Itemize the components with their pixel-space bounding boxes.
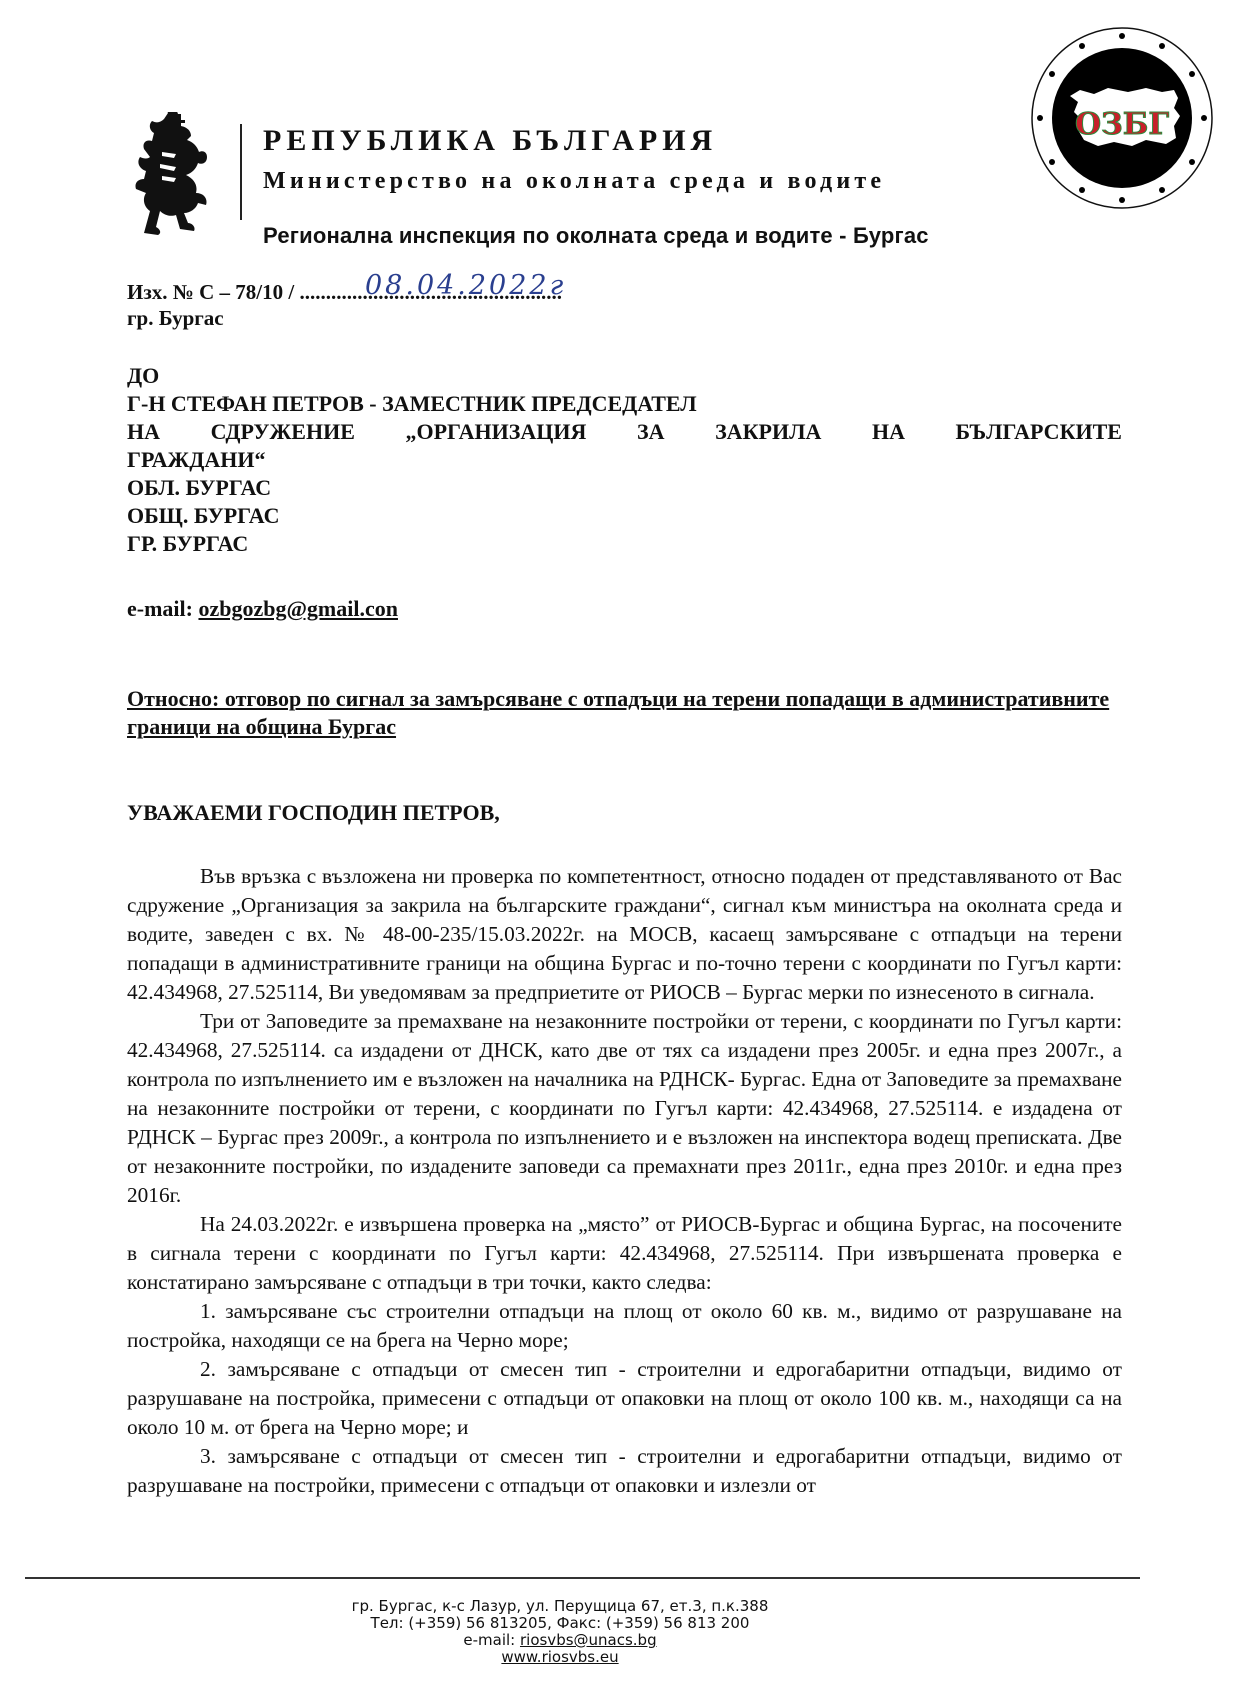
addressee-name: Г-Н СТЕФАН ПЕТРОВ - ЗАМЕСТНИК ПРЕДСЕДАТЕ… [127,390,1122,418]
footer-website-link[interactable]: www.riosvbs.eu [300,1649,820,1666]
issuing-city: гр. Бургас [127,306,224,331]
footer-email-link[interactable]: riosvbs@unacs.bg [520,1631,657,1649]
subject-line: Относно: отговор по сигнал за замърсяван… [127,685,1122,741]
svg-text:ОЗБГ: ОЗБГ [1075,107,1169,142]
handwritten-date: 08.04.2022г [365,270,566,301]
list-item: 1. замърсяване със строителни отпадъци н… [127,1297,1122,1355]
footer-email-row: e-mail: riosvbs@unacs.bg [300,1632,820,1649]
addressee-email: e-mail: ozbgozbg@gmail.con [127,596,398,622]
email-label: e-mail: [127,596,198,621]
footer-divider [25,1577,1140,1579]
addressee-to: ДО [127,362,1122,390]
addressee-organisation-line: НА СДРУЖЕНИЕ „ОРГАНИЗАЦИЯ ЗА ЗАКРИЛА НА … [127,418,1122,446]
letterhead-divider [240,124,242,220]
ministry-heading: Министерство на околната среда и водите [263,168,885,195]
body-paragraph: На 24.03.2022г. е извършена проверка на … [127,1210,1122,1297]
coat-of-arms-icon [132,112,227,242]
ozbg-logo-icon: ОЗБГ [1030,26,1214,210]
salutation: УВАЖАЕМИ ГОСПОДИН ПЕТРОВ, [127,800,500,826]
body-paragraph: Три от Заповедите за премахване на незак… [127,1007,1122,1210]
addressee-block: ДО Г-Н СТЕФАН ПЕТРОВ - ЗАМЕСТНИК ПРЕДСЕД… [127,362,1122,558]
body-paragraph: Във връзка с възложена ни проверка по ко… [127,862,1122,1007]
addressee-organisation-end: ГРАЖДАНИ“ [127,446,1122,474]
footer-phone: Тел: (+359) 56 813205, Факс: (+359) 56 8… [300,1615,820,1632]
country-heading: РЕПУБЛИКА БЪЛГАРИЯ [263,124,717,158]
list-item: 2. замърсяване с отпадъци от смесен тип … [127,1355,1122,1442]
email-link[interactable]: ozbgozbg@gmail.con [198,596,398,621]
addressee-municipality: ОБЩ. БУРГАС [127,502,1122,530]
footer-contact: гр. Бургас, к-с Лазур, ул. Перущица 67, … [300,1598,820,1666]
footer-address: гр. Бургас, к-с Лазур, ул. Перущица 67, … [300,1598,820,1615]
letter-body: Във връзка с възложена ни проверка по ко… [127,862,1122,1500]
outgoing-reference: Изх. № С – 78/10 / .....................… [127,280,562,305]
inspectorate-heading: Регионална инспекция по околната среда и… [263,223,929,249]
addressee-city: ГР. БУРГАС [127,530,1122,558]
reference-label: Изх. № С – 78/10 / [127,280,299,304]
addressee-region: ОБЛ. БУРГАС [127,474,1122,502]
list-item: 3. замърсяване с отпадъци от смесен тип … [127,1442,1122,1500]
